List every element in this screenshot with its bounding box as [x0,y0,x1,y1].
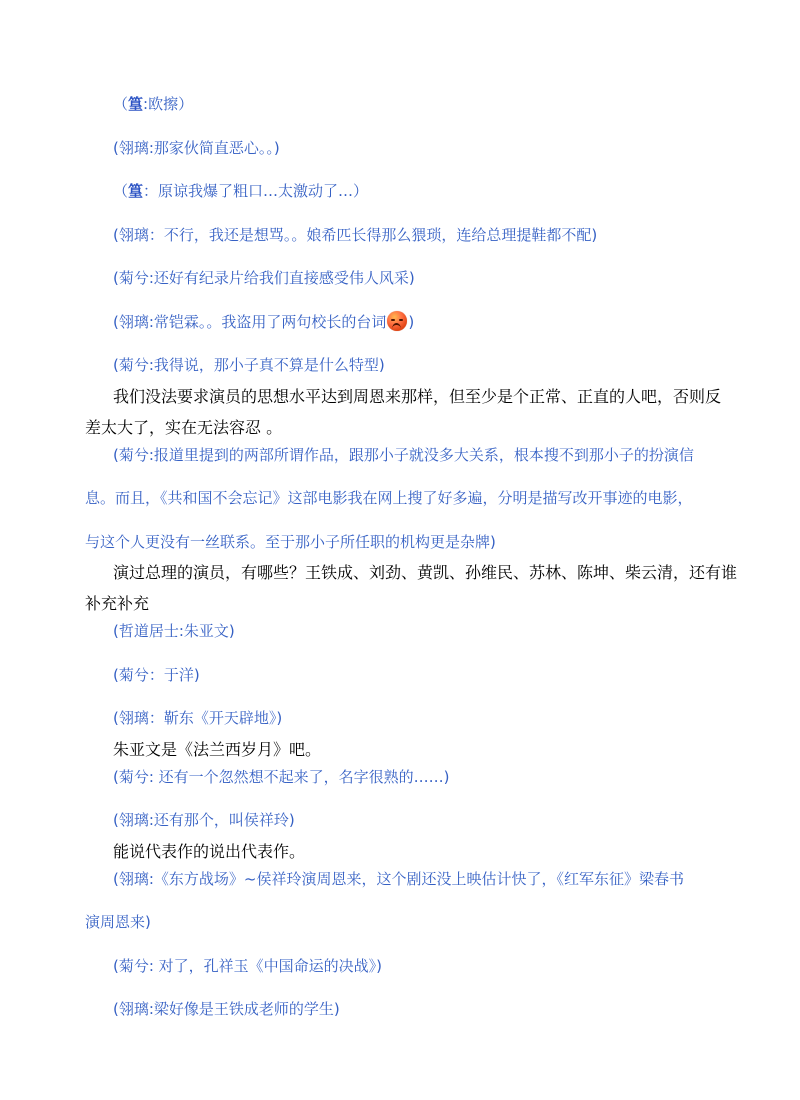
chat-quote-paragraph: (菊兮: 还有一个忽然想不起来了，名字很熟的……) [85,756,740,800]
text-line: 演过总理的演员，有哪些？王铁成、刘劲、黄凯、孙维民、苏林、陈坤、柴云清，还有谁 [85,557,740,588]
text-segment: :欧擦） [143,95,193,113]
text-segment: 演过总理的演员，有哪些？王铁成、刘劲、黄凯、孙维民、苏林、陈坤、柴云清，还有谁 [113,563,737,582]
chat-quote-paragraph: (菊兮:还好有纪录片给我们直接感受伟人风采) [85,257,740,301]
text-line: （篁：原谅我爆了粗口…太激动了…） [85,170,740,214]
chat-quote-paragraph: (菊兮:报道里提到的两部所谓作品，跟那小子就没多大关系，根本搜不到那小子的扮演信… [85,434,740,565]
chat-quote-paragraph: （篁：原谅我爆了粗口…太激动了…） [85,170,740,214]
text-segment: 演周恩来) [85,913,151,931]
text-line: (菊兮: 对了，孔祥玉《中国命运的决战》) [85,945,740,989]
text-segment: (哲道居士:朱亚文) [113,622,235,640]
text-line: (菊兮: 还有一个忽然想不起来了，名字很熟的……) [85,756,740,800]
chat-quote-paragraph: (翎璃:梁好像是王铁成老师的学生) [85,988,740,1032]
chat-quote-paragraph: (菊兮：于洋) [85,654,740,698]
text-line: (翎璃:《东方战场》~侯祥玲演周恩来，这个剧还没上映估计快了，《红军东征》梁春书 [85,858,740,902]
text-segment: (翎璃:梁好像是王铁成老师的学生) [113,1000,340,1018]
text-line: 息。而且，《共和国不会忘记》这部电影我在网上搜了好多遍，分明是描写改开事迹的电影… [85,477,740,521]
text-segment: (菊兮:我得说，那小子真不算是什么特型) [113,356,385,374]
highlighted-name: 篁 [128,182,143,200]
text-segment: (翎璃：不行，我还是想骂。。娘希匹长得那么猥琐，连给总理提鞋都不配) [113,226,597,244]
text-line: (翎璃：不行，我还是想骂。。娘希匹长得那么猥琐，连给总理提鞋都不配) [85,214,740,258]
text-line: (翎璃:常铠霖。。我盗用了两句校长的台词) [85,301,740,345]
chat-quote-paragraph: (翎璃:那家伙简直恶心。。) [85,127,740,171]
text-segment: (菊兮: 还有一个忽然想不起来了，名字很熟的……) [113,768,450,786]
angry-emoji-icon [387,311,407,331]
text-line: (翎璃:梁好像是王铁成老师的学生) [85,988,740,1032]
text-line: (菊兮:还好有纪录片给我们直接感受伟人风采) [85,257,740,301]
text-segment: （ [113,182,128,200]
text-line: 我们没法要求演员的思想水平达到周恩来那样，但至少是个正常、正直的人吧，否则反 [85,381,740,412]
text-line: 演周恩来) [85,901,740,945]
text-segment: (菊兮：于洋) [113,666,200,684]
text-segment: (翎璃:《东方战场》~侯祥玲演周恩来，这个剧还没上映估计快了，《红军东征》梁春书 [113,870,684,888]
text-segment: （ [113,95,128,113]
chat-quote-paragraph: (菊兮: 对了，孔祥玉《中国命运的决战》) [85,945,740,989]
text-segment: (菊兮:报道里提到的两部所谓作品，跟那小子就没多大关系，根本搜不到那小子的扮演信 [113,446,694,464]
text-line: (哲道居士:朱亚文) [85,610,740,654]
text-segment: (菊兮: 对了，孔祥玉《中国命运的决战》) [113,957,382,975]
text-line: (翎璃:那家伙简直恶心。。) [85,127,740,171]
chat-quote-paragraph: (翎璃:《东方战场》~侯祥玲演周恩来，这个剧还没上映估计快了，《红军东征》梁春书… [85,858,740,945]
text-line: （篁:欧擦） [85,83,740,127]
text-segment: 我们没法要求演员的思想水平达到周恩来那样，但至少是个正常、正直的人吧，否则反 [113,387,721,406]
chat-quote-paragraph: (哲道居士:朱亚文) [85,610,740,654]
text-segment: (翎璃:还有那个，叫侯祥玲) [113,811,295,829]
text-segment: (菊兮:还好有纪录片给我们直接感受伟人风采) [113,269,415,287]
text-segment: (翎璃：靳东《开天辟地》) [113,709,282,727]
highlighted-name: 篁 [128,95,143,113]
text-segment: ) [408,313,414,331]
text-line: (菊兮：于洋) [85,654,740,698]
text-segment: 息。而且，《共和国不会忘记》这部电影我在网上搜了好多遍，分明是描写改开事迹的电影… [85,489,693,507]
document-body: （篁:欧擦）(翎璃:那家伙简直恶心。。)（篁：原谅我爆了粗口…太激动了…）(翎璃… [0,0,800,1032]
chat-quote-paragraph: (翎璃:常铠霖。。我盗用了两句校长的台词) [85,301,740,345]
text-line: (菊兮:报道里提到的两部所谓作品，跟那小子就没多大关系，根本搜不到那小子的扮演信 [85,434,740,478]
text-segment: (翎璃:那家伙简直恶心。。) [113,139,280,157]
chat-quote-paragraph: （篁:欧擦） [85,83,740,127]
text-segment: 与这个人更没有一丝联系。至于那小子所任职的机构更是杂牌) [85,533,496,551]
text-segment: ：原谅我爆了粗口…太激动了…） [143,182,368,200]
chat-quote-paragraph: (翎璃：不行，我还是想骂。。娘希匹长得那么猥琐，连给总理提鞋都不配) [85,214,740,258]
text-segment: (翎璃:常铠霖。。我盗用了两句校长的台词 [113,313,386,331]
